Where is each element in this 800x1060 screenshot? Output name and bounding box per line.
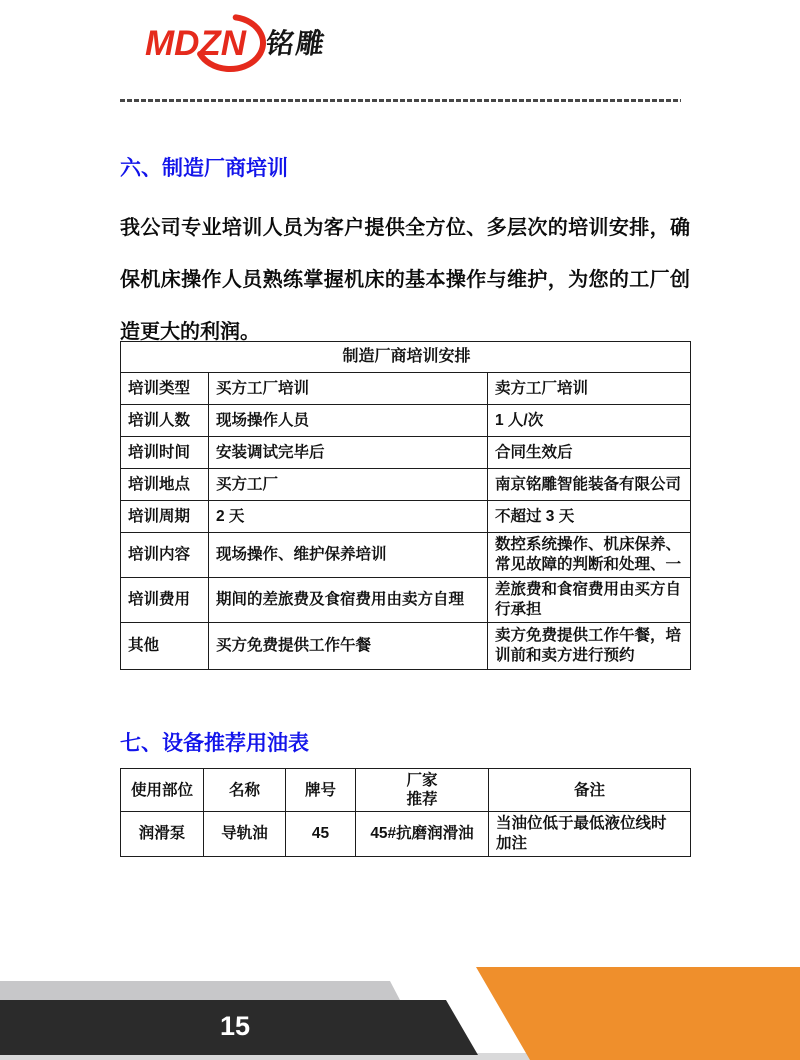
buyer-cell: 买方工厂培训	[209, 373, 488, 405]
seller-cell: 差旅费和食宿费用由买方自 行承担	[488, 578, 691, 623]
seller-cell: 南京铭雕智能装备有限公司	[488, 469, 691, 501]
section7-heading: 七、设备推荐用油表	[120, 730, 309, 758]
section6-heading: 六、制造厂商培训	[120, 155, 288, 183]
page-number: 15	[0, 1000, 470, 1052]
header-name: 名称	[204, 769, 286, 812]
header-notes: 备注	[489, 769, 691, 812]
seller-cell: 卖方工厂培训	[488, 373, 691, 405]
buyer-cell: 现场操作人员	[209, 405, 488, 437]
table-row: 培训人数 现场操作人员 1 人/次	[121, 405, 691, 437]
buyer-cell: 安装调试完毕后	[209, 437, 488, 469]
row-label: 培训时间	[121, 437, 209, 469]
row-label: 培训类型	[121, 373, 209, 405]
table-row: 培训地点 买方工厂 南京铭雕智能装备有限公司	[121, 469, 691, 501]
oil-table: 使用部位 名称 牌号 厂家 推荐 备注 润滑泵 导轨油 45 45#抗磨润滑油 …	[120, 768, 691, 857]
seller-cell: 1 人/次	[488, 405, 691, 437]
row-label: 其他	[121, 623, 209, 670]
row-label: 培训内容	[121, 533, 209, 578]
seller-cell: 合同生效后	[488, 437, 691, 469]
name-cell: 导轨油	[204, 812, 286, 857]
table-row: 其他 买方免费提供工作午餐 卖方免费提供工作午餐，培 训前和卖方进行预约	[121, 623, 691, 670]
training-table-title: 制造厂商培训安排	[121, 342, 691, 373]
row-label: 培训费用	[121, 578, 209, 623]
logo-text-en: MDZN	[145, 26, 246, 62]
row-label: 培训地点	[121, 469, 209, 501]
buyer-cell: 2 天	[209, 501, 488, 533]
usage-part-cell: 润滑泵	[121, 812, 204, 857]
header-usage-part: 使用部位	[121, 769, 204, 812]
buyer-cell: 现场操作、维护保养培训	[209, 533, 488, 578]
buyer-cell: 买方免费提供工作午餐	[209, 623, 488, 670]
row-label: 培训周期	[121, 501, 209, 533]
row-label: 培训人数	[121, 405, 209, 437]
header-manufacturer-recommend: 厂家 推荐	[356, 769, 489, 812]
seller-cell: 数控系统操作、机床保养、 常见故障的判断和处理、一	[488, 533, 691, 578]
seller-cell: 不超过 3 天	[488, 501, 691, 533]
section6-paragraph: 我公司专业培训人员为客户提供全方位、多层次的培训安排，确保机床操作人员熟练掌握机…	[120, 202, 690, 358]
training-table: 制造厂商培训安排 培训类型 买方工厂培训 卖方工厂培训 培训人数 现场操作人员 …	[120, 341, 691, 670]
oil-table-header-row: 使用部位 名称 牌号 厂家 推荐 备注	[121, 769, 691, 812]
buyer-cell: 买方工厂	[209, 469, 488, 501]
footer-gray-strip	[0, 981, 410, 1002]
logo-text-cn: 铭雕	[264, 28, 329, 60]
table-row: 润滑泵 导轨油 45 45#抗磨润滑油 当油位低于最低液位线时 加注	[121, 812, 691, 857]
buyer-cell: 期间的差旅费及食宿费用由卖方自理	[209, 578, 488, 623]
table-row: 培训时间 安装调试完毕后 合同生效后	[121, 437, 691, 469]
notes-cell: 当油位低于最低液位线时 加注	[489, 812, 691, 857]
footer-dark-strip: 15	[0, 1000, 480, 1055]
brand-logo: MDZN 铭雕	[145, 18, 365, 82]
grade-cell: 45	[286, 812, 356, 857]
table-row: 培训费用 期间的差旅费及食宿费用由卖方自理 差旅费和食宿费用由买方自 行承担	[121, 578, 691, 623]
document-page: MDZN 铭雕 六、制造厂商培训 我公司专业培训人员为客户提供全方位、多层次的培…	[0, 0, 800, 1060]
table-row: 培训内容 现场操作、维护保养培训 数控系统操作、机床保养、 常见故障的判断和处理…	[121, 533, 691, 578]
header-divider	[120, 99, 681, 102]
recommend-cell: 45#抗磨润滑油	[356, 812, 489, 857]
training-table-title-row: 制造厂商培训安排	[121, 342, 691, 373]
header-grade: 牌号	[286, 769, 356, 812]
seller-cell: 卖方免费提供工作午餐，培 训前和卖方进行预约	[488, 623, 691, 670]
table-row: 培训类型 买方工厂培训 卖方工厂培训	[121, 373, 691, 405]
table-row: 培训周期 2 天 不超过 3 天	[121, 501, 691, 533]
